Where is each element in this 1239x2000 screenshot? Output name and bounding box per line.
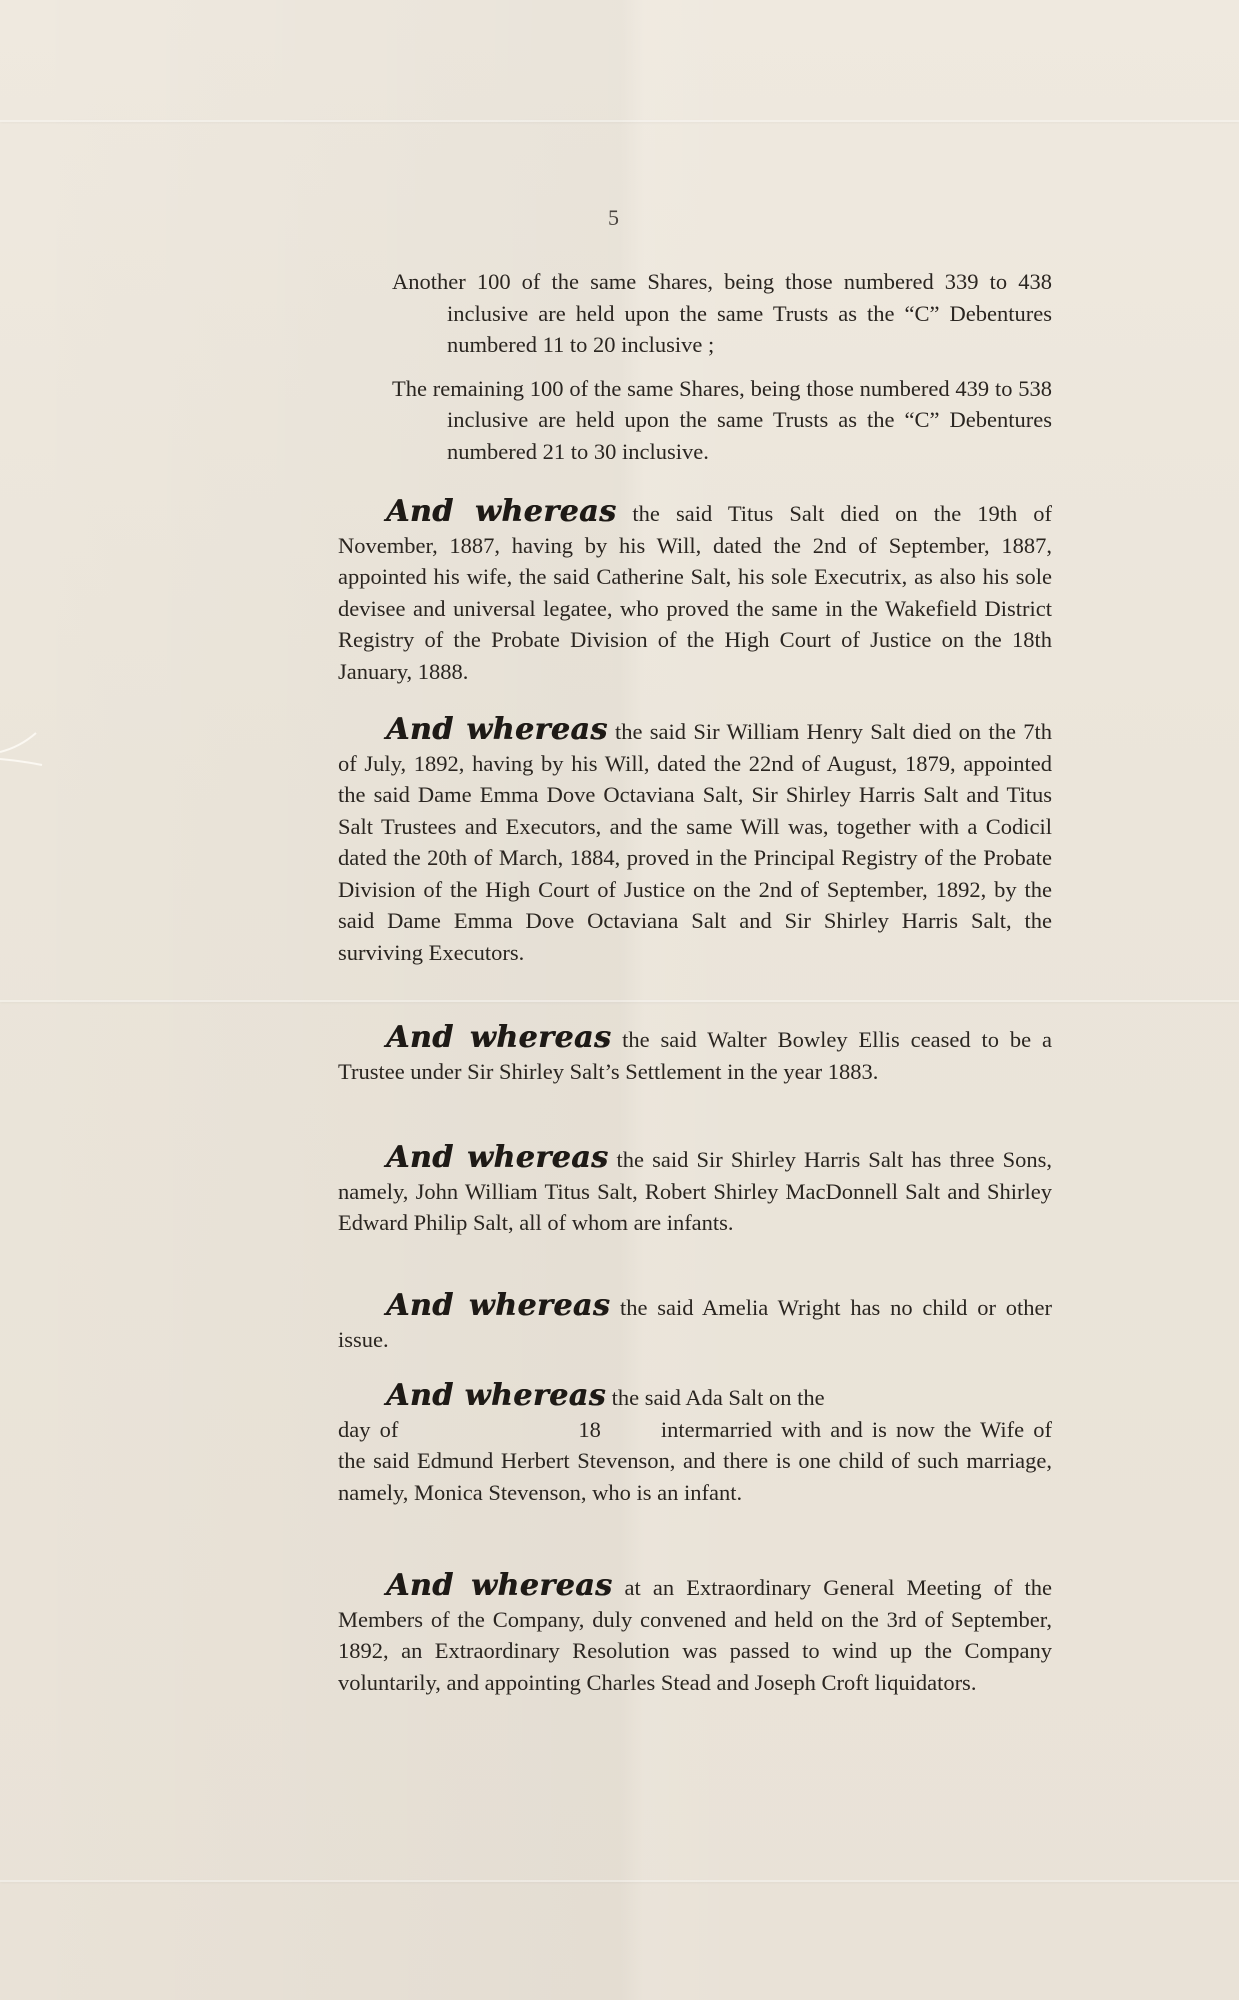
recital-lead: And whereas [386, 1020, 611, 1055]
recital-lead: And whereas [386, 494, 616, 529]
recital: And whereas at an Extraordinary General … [338, 1570, 1052, 1698]
paper-fold [0, 1000, 1239, 1002]
recital-lead: And whereas [386, 1378, 606, 1413]
recital-lead: And whereas [386, 1288, 610, 1323]
recital-text: 18 [578, 1417, 601, 1442]
share-paragraph: The remaining 100 of the same Shares, be… [392, 373, 1052, 468]
recital: And whereas the said Ada Salt on the day… [338, 1380, 1052, 1508]
recital-lead: And whereas [386, 1140, 608, 1175]
recital: And whereas the said Titus Salt died on … [338, 496, 1052, 687]
recital-text: the said Sir William Henry Salt died on … [338, 719, 1052, 965]
recital-text: intermarried with and is now the Wife of… [338, 1417, 1052, 1505]
page-number: 5 [608, 205, 619, 231]
paper-fold [0, 120, 1239, 122]
paper-fold [0, 1880, 1239, 1882]
recital-text: the said Ada Salt on the [612, 1385, 825, 1410]
recital: And whereas the said Sir Shirley Harris … [338, 1142, 1052, 1239]
recital-lead: And whereas [386, 1568, 612, 1603]
recital: And whereas the said Walter Bowley Ellis… [338, 1022, 1052, 1087]
recital-lead: And whereas [386, 712, 608, 747]
recital-text: day of [338, 1417, 398, 1442]
paper-tear-mark [0, 725, 45, 775]
share-paragraphs: Another 100 of the same Shares, being th… [392, 266, 1052, 467]
recital: And whereas the said Amelia Wright has n… [338, 1290, 1052, 1355]
recital: And whereas the said Sir William Henry S… [338, 714, 1052, 968]
share-paragraph: Another 100 of the same Shares, being th… [392, 266, 1052, 361]
